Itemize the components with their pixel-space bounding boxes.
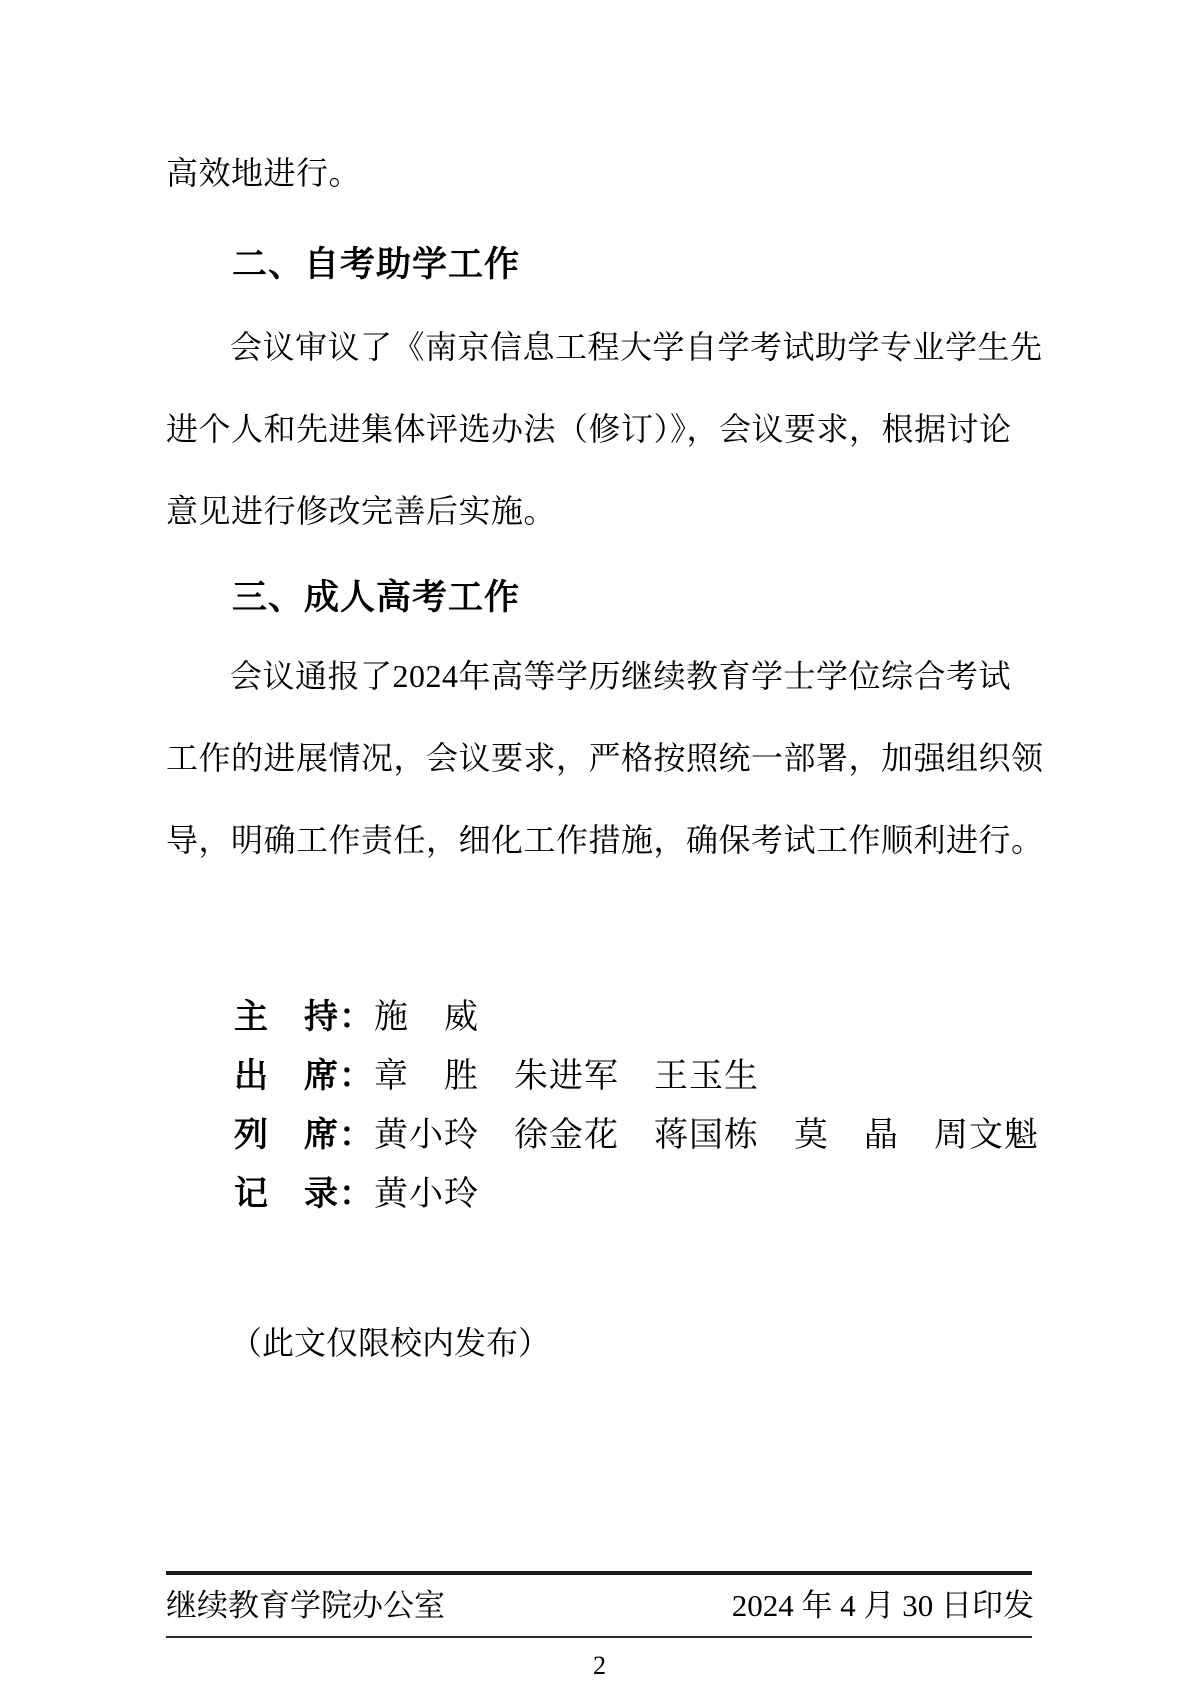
section-heading-3: 三、成人高考工作: [166, 571, 1100, 625]
attendance-block: 主 持：施 威 出 席：章 胜 朱进军 王玉生 列 席：黄小玲 徐金花 蒋国栋 …: [166, 991, 1102, 1227]
attendance-row-recorder: 记 录：黄小玲: [234, 1168, 1102, 1227]
continuation-line: 高效地进行。: [166, 148, 1034, 198]
attendance-names: 黄小玲 徐金花 蒋国栋 莫 晶 周文魁: [374, 1117, 1039, 1154]
paragraph-selfstudy: 会议审议了《南京信息工程大学自学考试助学专业学生先 进个人和先进集体评选办法（修…: [166, 306, 1034, 552]
attendance-label: 列 席：: [234, 1116, 374, 1154]
attendance-names: 施 威: [374, 999, 479, 1036]
attendance-names: 章 胜 朱进军 王玉生: [374, 1058, 759, 1095]
footer-print-date: 2024 年 4 月 30 日印发: [732, 1582, 1034, 1630]
internal-distribution-note: （此文仅限校内发布）: [166, 1320, 1098, 1366]
paragraph-line: 导，明确工作责任，细化工作措施，确保考试工作顺利进行。: [166, 799, 1034, 881]
section-heading-2: 二、自考助学工作: [166, 238, 1100, 292]
footer-rule-bottom: [166, 1636, 1032, 1638]
attendance-row-observers: 列 席：黄小玲 徐金花 蒋国栋 莫 晶 周文魁: [234, 1109, 1102, 1168]
paragraph-line: 意见进行修改完善后实施。: [166, 470, 1034, 552]
footer-row: 继续教育学院办公室 2024 年 4 月 30 日印发: [166, 1582, 1034, 1630]
footer-issuing-office: 继续教育学院办公室: [166, 1582, 445, 1630]
paragraph-line: 工作的进展情况，会议要求，严格按照统一部署，加强组织领: [166, 717, 1034, 799]
attendance-row-present: 出 席：章 胜 朱进军 王玉生: [234, 1050, 1102, 1109]
attendance-row-host: 主 持：施 威: [234, 991, 1102, 1050]
attendance-label: 记 录：: [234, 1175, 374, 1213]
attendance-label: 主 持：: [234, 998, 374, 1036]
attendance-names: 黄小玲: [374, 1176, 479, 1213]
paragraph-gaokao: 会议通报了2024年高等学历继续教育学士学位综合考试 工作的进展情况，会议要求，…: [166, 635, 1034, 881]
attendance-label: 出 席：: [234, 1057, 374, 1095]
document-page: 高效地进行。 二、自考助学工作 会议审议了《南京信息工程大学自学考试助学专业学生…: [0, 0, 1199, 1697]
paragraph-line: 进个人和先进集体评选办法（修订）》，会议要求，根据讨论: [166, 388, 1034, 470]
footer-rule-top: [166, 1571, 1032, 1575]
paragraph-line: 会议通报了2024年高等学历继续教育学士学位综合考试: [166, 635, 1034, 717]
page-number: 2: [0, 1650, 1199, 1682]
paragraph-line: 会议审议了《南京信息工程大学自学考试助学专业学生先: [166, 306, 1034, 388]
